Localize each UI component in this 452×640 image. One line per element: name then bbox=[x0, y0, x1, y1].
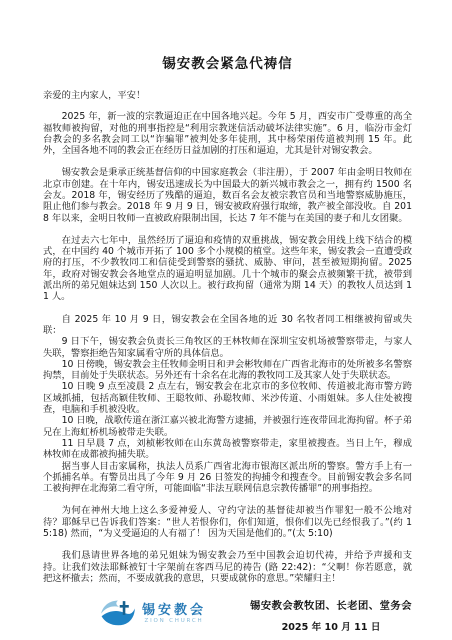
zion-church-logo-text: 锡安教会 ZION CHURCH bbox=[142, 604, 206, 625]
signature-line: 锡安教会教牧团、长老团、堂务会 bbox=[250, 600, 412, 612]
letter-paragraph: 锡安教会是秉承正统基督信仰的中国家庭教会（非注册），于 2007 年由金明日牧师… bbox=[43, 167, 412, 223]
zion-church-logo: 锡安教会 ZION CHURCH bbox=[99, 598, 206, 631]
paragraph-block-detention-timeline: 自 2025 年 10 月 9 日，锡安教会在全国各地的近 30 名牧者同工相继… bbox=[43, 314, 412, 495]
logo-name-chinese: 锡安教会 bbox=[142, 604, 206, 618]
signature-block: 锡安教会教牧团、长老团、堂务会 2025 年 10 月 11 日 bbox=[250, 598, 412, 633]
signature-date: 2025 年 10 月 11 日 bbox=[250, 619, 412, 633]
letter-paragraph: 为何在神州大地上这么多爱神爱人、守约守法的基督徒却被当作罪犯一般不公地对待？耶稣… bbox=[43, 505, 412, 539]
letter-paragraph: 2025 年，新一波的宗教逼迫正在中国各地兴起。今年 5 月，西安市广受尊重的高… bbox=[43, 111, 412, 156]
letter-paragraph: 自 2025 年 10 月 9 日，锡安教会在全国各地的近 30 名牧者同工相继… bbox=[43, 314, 412, 337]
wave-cross-logo-icon bbox=[99, 598, 137, 631]
prayer-letter-page: 锡安教会紧急代祷信 亲爱的主内家人，平安！ 2025 年，新一波的宗教逼迫正在中… bbox=[0, 0, 452, 640]
letter-paragraph: 我们恳请世界各地的弟兄姐妹为锡安教会乃至中国教会迫切代祷，并给予声援和支持。让我… bbox=[43, 550, 412, 584]
letter-paragraph: 在过去六七年中，虽然经历了逼迫和疫情的双重挑战，锡安教会用线上线下结合的模式，在… bbox=[43, 235, 412, 303]
letter-footer: 锡安教会 ZION CHURCH 锡安教会教牧团、长老团、堂务会 2025 年 … bbox=[43, 598, 412, 633]
logo-name-english: ZION CHURCH bbox=[145, 618, 204, 625]
letter-title: 锡安教会紧急代祷信 bbox=[43, 52, 412, 72]
letter-greeting: 亲爱的主内家人，平安！ bbox=[43, 90, 412, 101]
paragraph-block-scripture: 为何在神州大地上这么多爱神爱人、守约守法的基督徒却被当作罪犯一般不公地对待？耶稣… bbox=[43, 505, 412, 539]
letter-paragraph: 10 日晚，战歌传道在浙江嘉兴被北海警方逮捕，并被强行连夜带回北海拘留。杯子弟兄… bbox=[43, 415, 412, 438]
paragraph-block-recent-years: 在过去六七年中，虽然经历了逼迫和疫情的双重挑战，锡安教会用线上线下结合的模式，在… bbox=[43, 235, 412, 303]
letter-paragraph: 11 日早晨 7 点，刘桢彬牧师在山东黄岛被警察带走，家里被搜查。当日上午，穆成… bbox=[43, 438, 412, 461]
paragraph-block-persecution-wave: 2025 年，新一波的宗教逼迫正在中国各地兴起。今年 5 月，西安市广受尊重的高… bbox=[43, 111, 412, 156]
letter-paragraph: 10 日傍晚，锡安教会主任牧师金明日和尹会彬牧师在广西省北海市的处所被多名警察拘… bbox=[43, 359, 412, 382]
paragraph-block-prayer-request: 我们恳请世界各地的弟兄姐妹为锡安教会乃至中国教会迫切代祷，并给予声援和支持。让我… bbox=[43, 550, 412, 584]
paragraph-block-church-history: 锡安教会是秉承正统基督信仰的中国家庭教会（非注册），于 2007 年由金明日牧师… bbox=[43, 167, 412, 223]
letter-paragraph: 据当事人目击家属称，执法人员系广西省北海市银海区派出所的警察。警方手上有一个抓捕… bbox=[43, 461, 412, 495]
letter-paragraph: 9 日下午，锡安教会负责长三角牧区的王林牧师在深圳宝安机场被警察带走，与家人失联… bbox=[43, 336, 412, 359]
letter-paragraph: 10 日晚 9 点至凌晨 2 点左右，锡安教会在北京市的多位牧师、传道被北海市警… bbox=[43, 381, 412, 415]
